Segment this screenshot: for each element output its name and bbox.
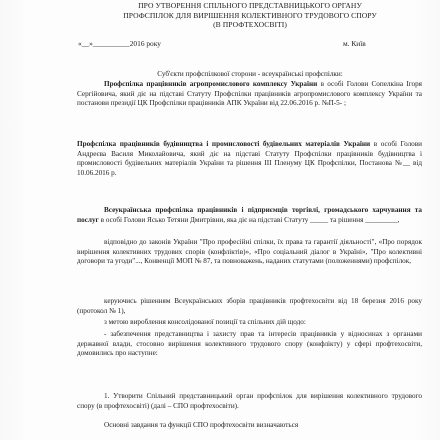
- union-1-paragraph: Профспілка працівників агропромислового …: [77, 80, 422, 109]
- union-2-name: Профспілка працівників будівництва і про…: [77, 140, 370, 148]
- laws-paragraph: відповідно до законів України "Про профе…: [77, 238, 422, 267]
- union-3-paragraph: Всеукраїнська профспілка працівників і п…: [77, 206, 422, 225]
- union-3-text: в особі Голови Ясько Тетяни Дмитрівни, я…: [99, 216, 400, 224]
- subjects-heading: Суб'єкти профспілкової сторони - всеукра…: [100, 70, 400, 80]
- date-place-row: «__»__________2016 року м. Київ: [78, 39, 428, 48]
- title-line-3: (В ПРОФТЕХОСВІТІ): [60, 20, 440, 30]
- item-1-paragraph: 1. Утворити Спільний представницький орг…: [77, 392, 422, 411]
- title-line-2: ПРОФСПІЛОК ДЛЯ ВИРІШЕННЯ КОЛЕКТИВНОГО ТР…: [60, 11, 440, 21]
- union-1-name: Профспілка працівників агропромислового …: [104, 80, 317, 88]
- document-city: м. Київ: [343, 39, 366, 48]
- union-2-paragraph: Профспілка працівників будівництва і про…: [77, 140, 422, 178]
- title-line-1: ПРО УТВОРЕННЯ СПІЛЬНОГО ПРЕДСТАВНИЦЬКОГО…: [60, 1, 440, 11]
- purpose-paragraph: з метою вироблення консолідованої позиці…: [77, 318, 422, 328]
- item-1-continuation: Основні завдання та функції СПО профтехо…: [77, 421, 422, 431]
- document-page: ПРО УТВОРЕННЯ СПІЛЬНОГО ПРЕДСТАВНИЦЬКОГО…: [0, 0, 440, 440]
- decision-paragraph: керуючись рішенням Всеукраїнських зборів…: [77, 297, 422, 316]
- document-title: ПРО УТВОРЕННЯ СПІЛЬНОГО ПРЕДСТАВНИЦЬКОГО…: [60, 1, 440, 30]
- document-date: «__»__________2016 року: [78, 39, 161, 48]
- bullet-paragraph: - забезпечення представництва і захисту …: [77, 330, 422, 359]
